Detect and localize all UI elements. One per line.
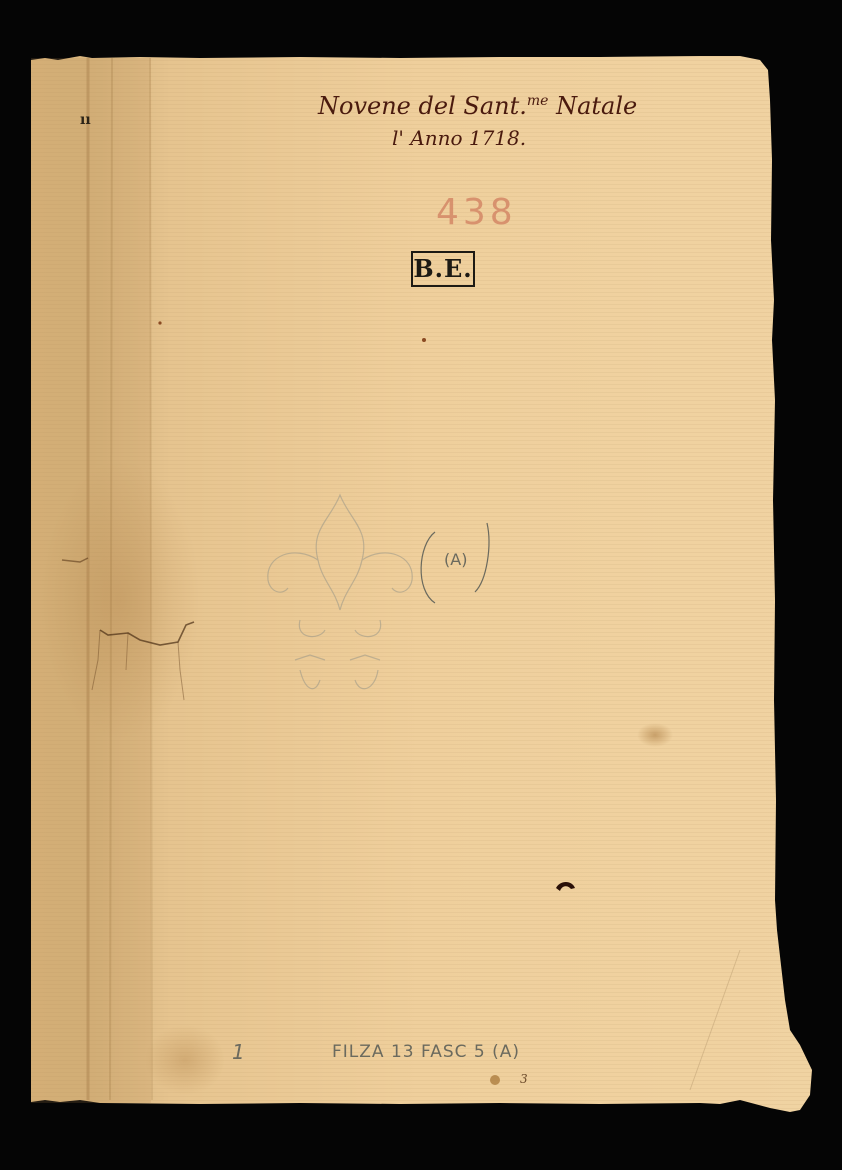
watermark-mark: (A) <box>444 550 467 569</box>
title-superscript: me <box>527 93 549 109</box>
library-stamp: B.E. <box>411 251 475 287</box>
manuscript-page <box>0 0 842 1170</box>
document-title-line2: l' Anno 1718. <box>392 126 526 150</box>
title-text: Novene del Sant. <box>318 92 527 120</box>
document-title-line1: Novene del Sant.me Natale <box>318 92 637 120</box>
corner-mark: 3 <box>520 1072 528 1086</box>
title-text-end: Natale <box>556 92 637 120</box>
top-left-mark: ıı <box>80 112 91 128</box>
page-marker: 1 <box>232 1040 246 1064</box>
folio-number: 438 <box>436 192 517 233</box>
archive-reference: FILZA 13 FASC 5 (A) <box>332 1042 520 1062</box>
